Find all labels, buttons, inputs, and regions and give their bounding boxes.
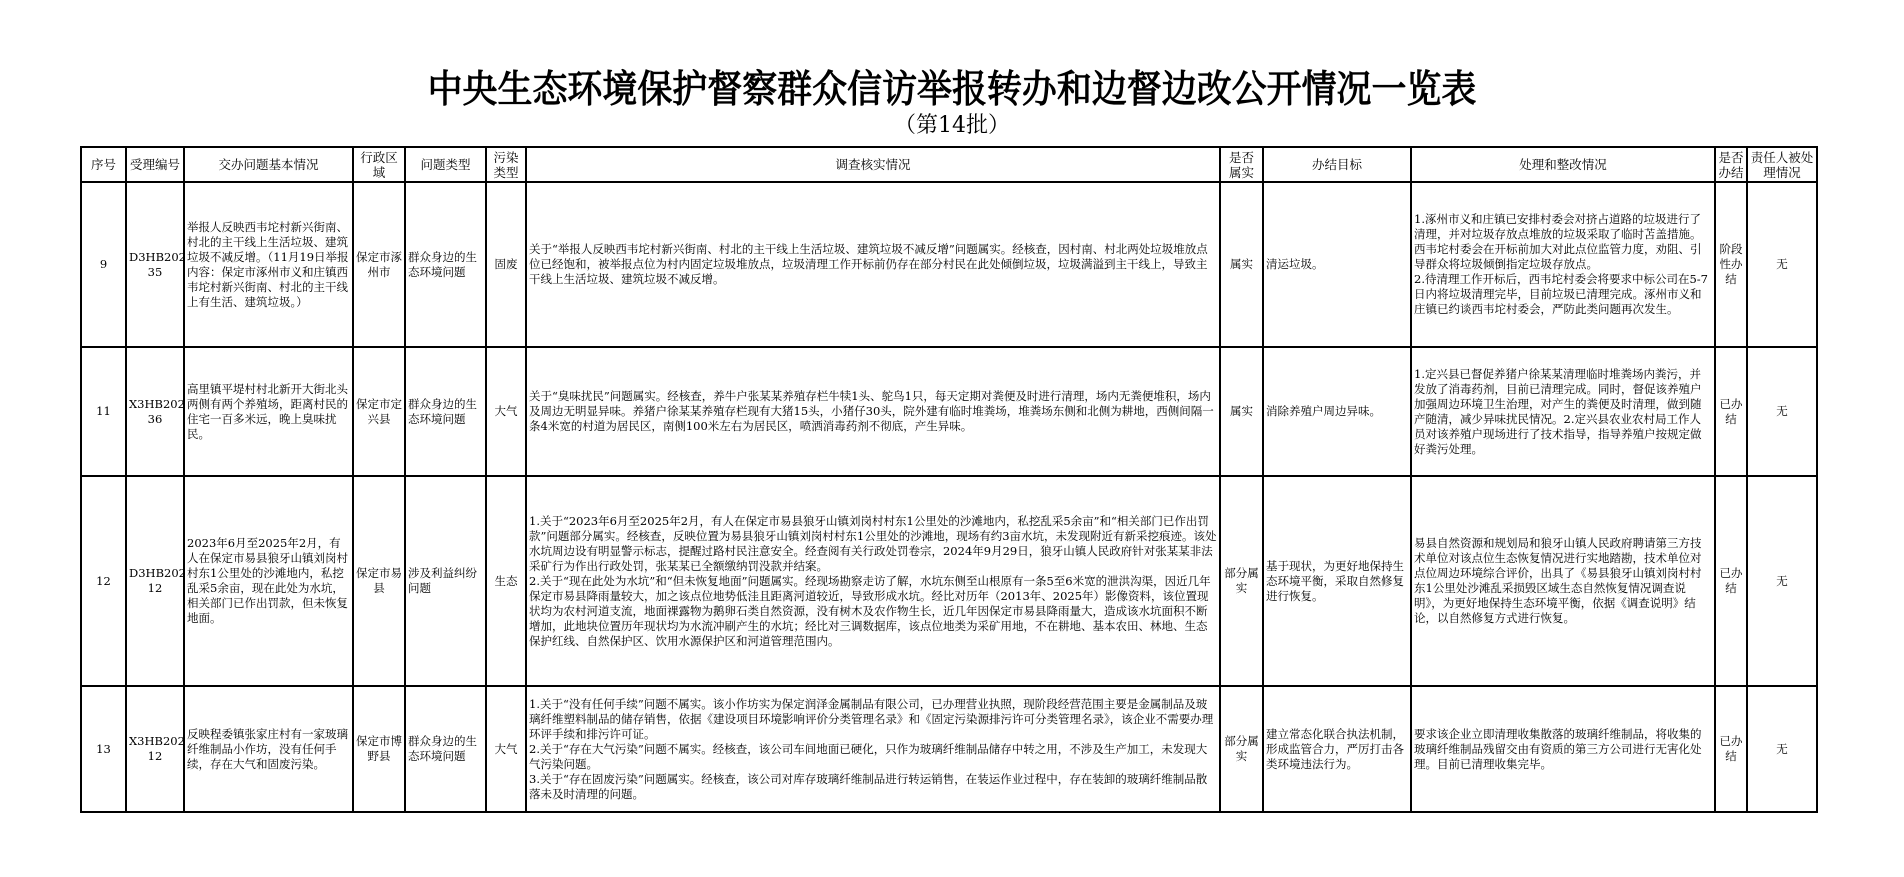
cell-region: 保定市定兴县 — [353, 347, 405, 476]
report-table: 序号 受理编号 交办问题基本情况 行政区域 问题类型 污染类型 调查核实情况 是… — [80, 146, 1818, 813]
handling-paragraph: 易县自然资源和规划局和狼牙山镇人民政府聘请第三方技术单位对该点位生态恢复情况进行… — [1414, 536, 1712, 626]
cell-accountability: 无 — [1747, 686, 1817, 812]
header-category: 问题类型 — [405, 147, 486, 182]
cell-id: X3HB2025113000 36 — [126, 347, 184, 476]
table-row: 12 D3HB2025113000 12 2023年6月至2025年2月，有人在… — [81, 476, 1817, 686]
cell-region: 保定市易县 — [353, 476, 405, 686]
header-seq: 序号 — [81, 147, 126, 182]
handling-paragraph: 2.待清理工作开标后，西韦坨村委会将要求中标公司在5-7日内将垃圾清理完毕，目前… — [1414, 272, 1712, 317]
investigation-paragraph: 3.关于“存在固废污染”问题属实。经核查，该公司对库存玻璃纤维制品进行转运销售，… — [529, 772, 1217, 802]
cell-issue: 高里镇平堤村村北新开大街北头两侧有两个养殖场，距离村民的住宅一百多米远，晚上臭味… — [184, 347, 353, 476]
header-accountability: 责任人被处理情况 — [1747, 147, 1817, 182]
table-row: 13 X3HB2025113000 12 反映程委镇张家庄村有一家玻璃纤维制品小… — [81, 686, 1817, 812]
cell-handling: 1.定兴县已督促养猪户徐某某清理临时堆粪场内粪污，并发放了消毒药剂，目前已清理完… — [1411, 347, 1715, 476]
page-title: 中央生态环境保护督察群众信访举报转办和边督边改公开情况一览表 — [76, 58, 1828, 113]
handling-paragraph: 要求该企业立即清理收集散落的玻璃纤维制品，将收集的玻璃纤维制品残留交由有资质的第… — [1414, 727, 1712, 772]
investigation-paragraph: 关于“举报人反映西韦坨村新兴街南、村北的主干线上生活垃圾、建筑垃圾不减反增”问题… — [529, 242, 1217, 287]
investigation-paragraph: 关于“臭味扰民”问题属实。经核查，养牛户张某某养殖存栏牛犊1头、鸵鸟1只，每天定… — [529, 389, 1217, 434]
header-issue: 交办问题基本情况 — [184, 147, 353, 182]
cell-pollution: 生态 — [486, 476, 526, 686]
handling-paragraph: 1.涿州市义和庄镇已安排村委会对挤占道路的垃圾进行了清理，并对垃圾存放点堆放的垃… — [1414, 212, 1712, 272]
cell-closed: 已办结 — [1715, 347, 1747, 476]
cell-accountability: 无 — [1747, 476, 1817, 686]
cell-handling: 易县自然资源和规划局和狼牙山镇人民政府聘请第三方技术单位对该点位生态恢复情况进行… — [1411, 476, 1715, 686]
cell-pollution: 大气 — [486, 686, 526, 812]
cell-goal: 清运垃圾。 — [1263, 182, 1411, 347]
cell-seq: 13 — [81, 686, 126, 812]
cell-id: X3HB2025113000 12 — [126, 686, 184, 812]
cell-category: 群众身边的生态环境问题 — [405, 347, 486, 476]
cell-goal: 消除养殖户周边异味。 — [1263, 347, 1411, 476]
cell-investigation: 1.关于“2023年6月至2025年2月，有人在保定市易县狼牙山镇刘岗村村东1公… — [526, 476, 1220, 686]
cell-region: 保定市涿州市 — [353, 182, 405, 347]
cell-category: 涉及利益纠纷问题 — [405, 476, 486, 686]
cell-investigation: 1.关于“没有任何手续”问题不属实。该小作坊实为保定润泽金属制品有限公司，已办理… — [526, 686, 1220, 812]
cell-region: 保定市博野县 — [353, 686, 405, 812]
cell-verified: 属实 — [1220, 347, 1263, 476]
header-investigation: 调查核实情况 — [526, 147, 1220, 182]
cell-id: D3HB2025113000 12 — [126, 476, 184, 686]
cell-issue: 反映程委镇张家庄村有一家玻璃纤维制品小作坊，没有任何手续，存在大气和固废污染。 — [184, 686, 353, 812]
cell-investigation: 关于“举报人反映西韦坨村新兴街南、村北的主干线上生活垃圾、建筑垃圾不减反增”问题… — [526, 182, 1220, 347]
investigation-paragraph: 2.关于“现在此处为水坑”和“但未恢复地面”问题属实。经现场勘察走访了解，水坑东… — [529, 574, 1217, 649]
cell-category: 群众身边的生态环境问题 — [405, 182, 486, 347]
table-header-row: 序号 受理编号 交办问题基本情况 行政区域 问题类型 污染类型 调查核实情况 是… — [81, 147, 1817, 182]
batch-subtitle: （第14批） — [0, 108, 1904, 139]
cell-investigation: 关于“臭味扰民”问题属实。经核查，养牛户张某某养殖存栏牛犊1头、鸵鸟1只，每天定… — [526, 347, 1220, 476]
investigation-paragraph: 2.关于“存在大气污染”问题不属实。经核查，该公司车间地面已硬化，只作为玻璃纤维… — [529, 742, 1217, 772]
cell-closed: 已办结 — [1715, 686, 1747, 812]
header-pollution: 污染类型 — [486, 147, 526, 182]
header-goal: 办结目标 — [1263, 147, 1411, 182]
cell-verified: 部分属实 — [1220, 686, 1263, 812]
cell-seq: 11 — [81, 347, 126, 476]
cell-handling: 1.涿州市义和庄镇已安排村委会对挤占道路的垃圾进行了清理，并对垃圾存放点堆放的垃… — [1411, 182, 1715, 347]
cell-verified: 部分属实 — [1220, 476, 1263, 686]
investigation-paragraph: 1.关于“没有任何手续”问题不属实。该小作坊实为保定润泽金属制品有限公司，已办理… — [529, 697, 1217, 742]
handling-paragraph: 1.定兴县已督促养猪户徐某某清理临时堆粪场内粪污，并发放了消毒药剂，目前已清理完… — [1414, 367, 1712, 457]
table-row: 11 X3HB2025113000 36 高里镇平堤村村北新开大街北头两侧有两个… — [81, 347, 1817, 476]
table-row: 9 D3HB2025113000 35 举报人反映西韦坨村新兴街南、村北的主干线… — [81, 182, 1817, 347]
header-verified: 是否属实 — [1220, 147, 1263, 182]
header-handling: 处理和整改情况 — [1411, 147, 1715, 182]
cell-goal: 建立常态化联合执法机制，形成监管合力，严厉打击各类环境违法行为。 — [1263, 686, 1411, 812]
cell-handling: 要求该企业立即清理收集散落的玻璃纤维制品，将收集的玻璃纤维制品残留交由有资质的第… — [1411, 686, 1715, 812]
header-region: 行政区域 — [353, 147, 405, 182]
header-closed: 是否办结 — [1715, 147, 1747, 182]
cell-issue: 举报人反映西韦坨村新兴街南、村北的主干线上生活垃圾、建筑垃圾不减反增。（11月1… — [184, 182, 353, 347]
header-id: 受理编号 — [126, 147, 184, 182]
cell-pollution: 固废 — [486, 182, 526, 347]
cell-verified: 属实 — [1220, 182, 1263, 347]
cell-goal: 基于现状，为更好地保持生态环境平衡，采取自然修复进行恢复。 — [1263, 476, 1411, 686]
cell-closed: 已办结 — [1715, 476, 1747, 686]
cell-accountability: 无 — [1747, 182, 1817, 347]
cell-closed: 阶段性办结 — [1715, 182, 1747, 347]
cell-seq: 9 — [81, 182, 126, 347]
cell-id: D3HB2025113000 35 — [126, 182, 184, 347]
cell-pollution: 大气 — [486, 347, 526, 476]
investigation-paragraph: 1.关于“2023年6月至2025年2月，有人在保定市易县狼牙山镇刘岗村村东1公… — [529, 514, 1217, 574]
cell-seq: 12 — [81, 476, 126, 686]
cell-issue: 2023年6月至2025年2月，有人在保定市易县狼牙山镇刘岗村村东1公里处的沙滩… — [184, 476, 353, 686]
cell-category: 群众身边的生态环境问题 — [405, 686, 486, 812]
cell-accountability: 无 — [1747, 347, 1817, 476]
